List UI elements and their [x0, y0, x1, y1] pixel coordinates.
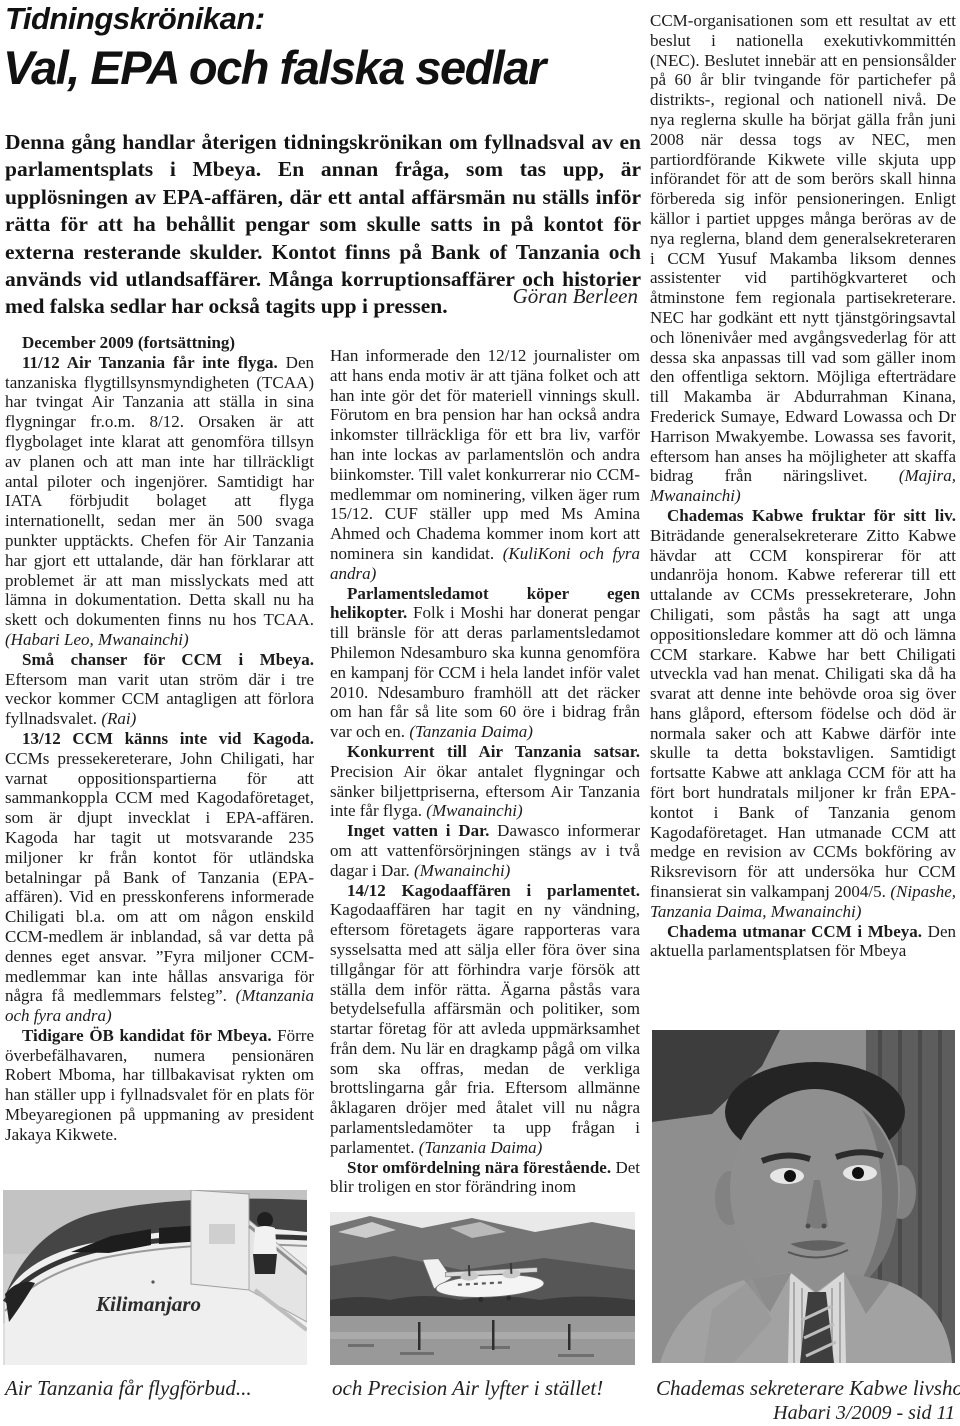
- plane-name-label: Kilimanjaro: [95, 1292, 201, 1316]
- section-heading: December 2009 (fortsättning): [5, 333, 314, 353]
- caption-air-tanzania: Air Tanzania får flygförbud...: [5, 1376, 252, 1401]
- article-source: (Tanzania Daima): [409, 722, 533, 741]
- caption-precision-air: och Precision Air lyfter i stället!: [332, 1376, 603, 1401]
- article-source: (Tanzania Daima): [419, 1138, 543, 1157]
- article-heading: Tidigare ÖB kandidat för Mbeya.: [22, 1026, 277, 1045]
- article-paragraph: Han informerade den 12/12 journalister o…: [330, 346, 640, 584]
- article-heading: Chademas Kabwe fruktar för sitt liv.: [667, 506, 956, 525]
- article-source: (KuliKoni och fyra andra): [330, 544, 640, 583]
- article-heading: Parlamentsledamot köper egen helikopter.: [330, 584, 640, 623]
- grass-field: [330, 1316, 635, 1365]
- article-source: (Nipashe, Tanzania Daima, Mwanainchi): [650, 882, 956, 921]
- article-paragraph: 13/12 CCM känns inte vid Kagoda. CCMs pr…: [5, 729, 314, 1026]
- article-paragraph: Stor omfördelning nära förestående. Det …: [330, 1158, 640, 1198]
- article-paragraph: Chademas Kabwe fruktar för sitt liv. Bit…: [650, 506, 956, 922]
- article-heading: Inget vatten i Dar.: [347, 821, 497, 840]
- article-source: (Majira, Mwanainchi): [650, 466, 956, 505]
- article-paragraph: 14/12 Kagodaaffären i parlamentet. Kagod…: [330, 881, 640, 1158]
- article-paragraph: Parlamentsledamot köper egen helikopter.…: [330, 584, 640, 742]
- article-paragraph: Chadema utmanar CCM i Mbeya. Den aktuell…: [650, 922, 956, 962]
- air-tanzania-photo: Kilimanjaro: [3, 1190, 307, 1365]
- precision-air-photo: [330, 1212, 635, 1365]
- article-source: (Mtanzania och fyra andra): [5, 986, 314, 1025]
- column-left: December 2009 (fortsättning) 11/12 Air T…: [5, 333, 314, 1145]
- article-source: (Mwanainchi): [414, 861, 510, 880]
- byline: Göran Berleen: [330, 284, 638, 309]
- article-paragraph: Tidigare ÖB kandidat för Mbeya. Förre öv…: [5, 1026, 314, 1145]
- caption-kabwe: Chademas sekreterare Kabwe livshotad?: [656, 1376, 960, 1401]
- article-source: (Rai): [101, 709, 136, 728]
- article-heading: Små chanser för CCM i Mbeya.: [22, 650, 314, 669]
- article-paragraph: Små chanser för CCM i Mbeya. Eftersom ma…: [5, 650, 314, 729]
- kabwe-portrait-photo: [652, 1030, 955, 1363]
- article-heading: 13/12 CCM känns inte vid Kagoda.: [22, 729, 314, 748]
- article-paragraph: 11/12 Air Tanzania får inte flyga. Den t…: [5, 353, 314, 650]
- newsletter-page: Tidningskrönikan: Val, EPA och falska se…: [0, 0, 960, 1426]
- article-heading: Konkurrent till Air Tanzania satsar.: [347, 742, 640, 761]
- article-heading: Chadema utmanar CCM i Mbeya.: [667, 922, 928, 941]
- column-middle: Han informerade den 12/12 journalister o…: [330, 346, 640, 1197]
- article-source: (Habari Leo, Mwanainchi): [5, 630, 189, 649]
- column-right: CCM-organisationen som ett resultat av e…: [650, 11, 956, 961]
- article-paragraph: Inget vatten i Dar. Dawasco informerar o…: [330, 821, 640, 880]
- article-paragraph: CCM-organisationen som ett resultat av e…: [650, 11, 956, 506]
- kicker: Tidningskrönikan:: [5, 1, 265, 37]
- article-heading: Stor omfördelning nära förestående.: [347, 1158, 615, 1177]
- page-footer: Habari 3/2009 - sid 11: [773, 1402, 955, 1425]
- article-heading: 14/12 Kagodaaffären i parlamentet.: [347, 881, 640, 900]
- article-source: (Mwanainchi): [426, 801, 522, 820]
- article-heading: 11/12 Air Tanzania får inte flyga.: [22, 353, 286, 372]
- page-title: Val, EPA och falska sedlar: [3, 40, 545, 95]
- article-paragraph: Konkurrent till Air Tanzania satsar. Pre…: [330, 742, 640, 821]
